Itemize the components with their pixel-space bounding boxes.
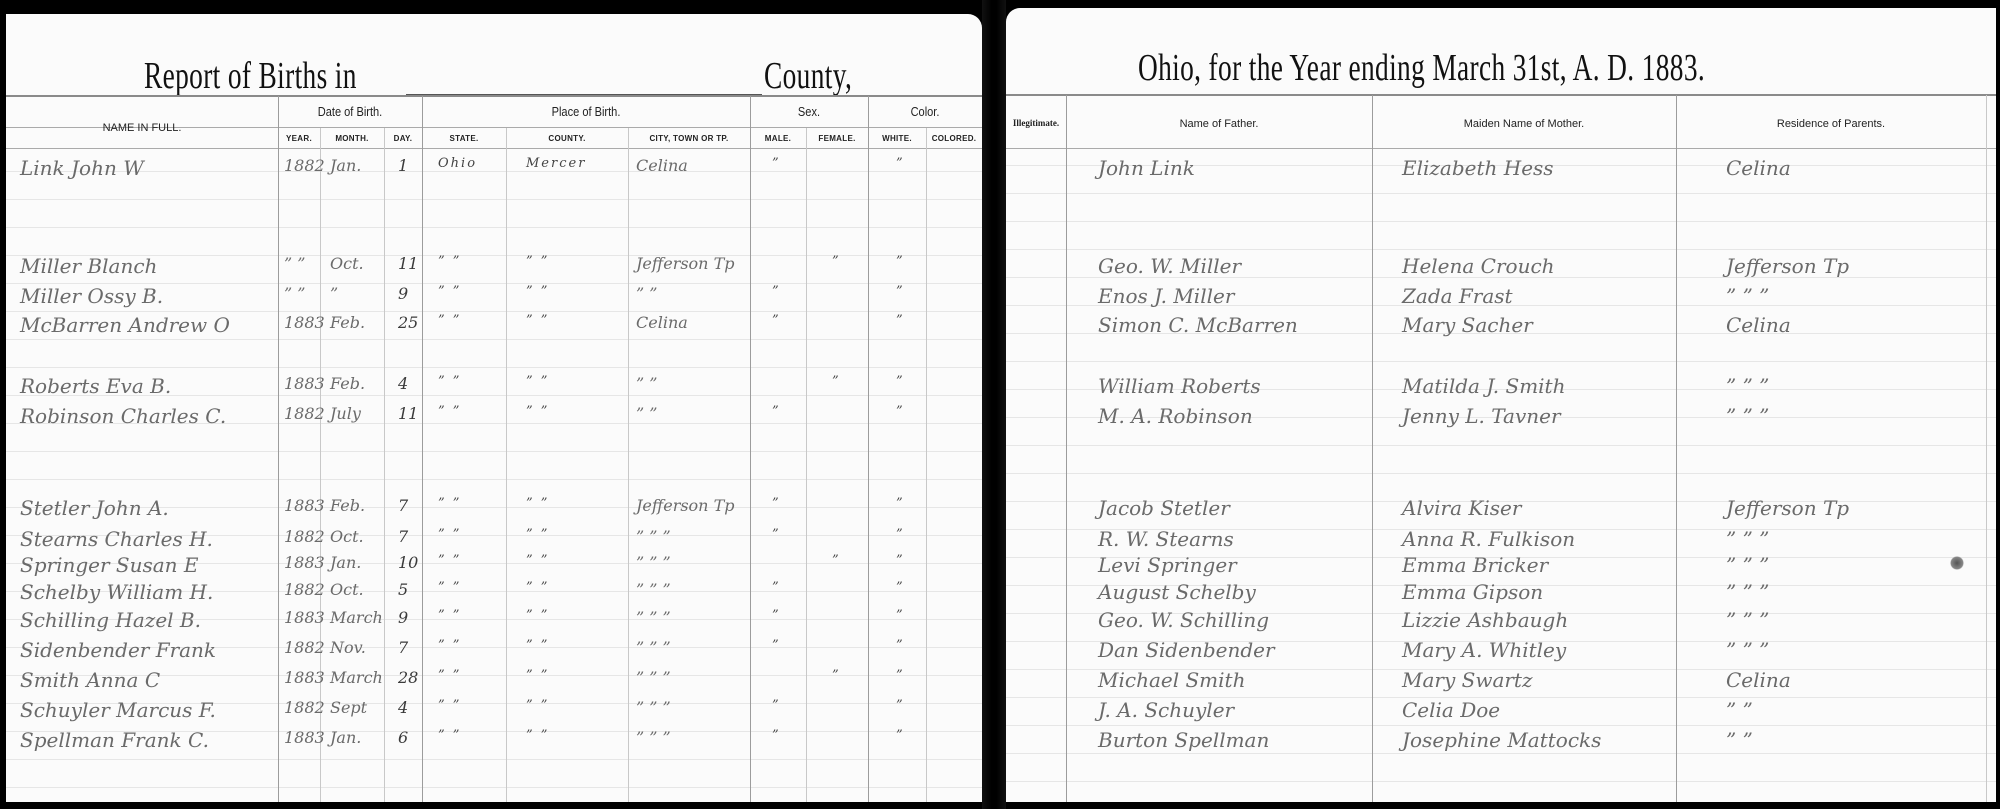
record-name: Schilling Hazel B. xyxy=(20,608,201,632)
header-male: MALE. xyxy=(750,134,806,143)
record-father: R. W. Stearns xyxy=(1098,527,1234,551)
record-month: ” xyxy=(330,284,338,303)
record-city: ” ” xyxy=(636,374,657,393)
record-county: ” ” xyxy=(526,284,549,299)
record-female: ” xyxy=(832,254,841,269)
header-date-of-birth: Date of Birth. xyxy=(289,104,411,119)
header-day: DAY. xyxy=(384,134,422,143)
record-day: 1 xyxy=(398,156,408,175)
record-name: Smith Anna C xyxy=(20,668,160,692)
record-mother: Josephine Mattocks xyxy=(1402,728,1601,752)
record-month: Sept xyxy=(330,698,367,717)
record-residence: Jefferson Tp xyxy=(1726,254,1849,278)
header-white: WHITE. xyxy=(868,134,926,143)
record-county: ” ” xyxy=(526,254,549,269)
record-residence: ” ” xyxy=(1726,728,1753,752)
record-white: ” xyxy=(896,374,905,389)
header-residence: Residence of Parents. xyxy=(1676,118,1986,130)
record-year: 1882 xyxy=(284,156,325,175)
record-white: ” xyxy=(896,156,905,171)
record-year: 1882 xyxy=(284,580,325,599)
header-sex: Sex. xyxy=(759,104,859,119)
record-white: ” xyxy=(896,404,905,419)
record-white: ” xyxy=(896,728,905,743)
col-divider xyxy=(1066,95,1067,802)
record-city: ” ” xyxy=(636,404,657,423)
record-day: 25 xyxy=(398,313,418,332)
record-year: 1883 xyxy=(284,728,325,747)
record-residence: ” ” ” xyxy=(1726,638,1769,662)
record-mother: Alvira Kiser xyxy=(1402,496,1521,520)
record-male: ” xyxy=(772,580,781,595)
record-city: ” ” ” xyxy=(636,527,671,546)
record-county: ” ” xyxy=(526,313,549,328)
header-bottom-rule xyxy=(1006,148,1996,149)
record-county: ” ” xyxy=(526,580,549,595)
record-city: ” ” ” xyxy=(636,608,671,627)
col-divider xyxy=(1372,95,1373,802)
record-year: 1882 xyxy=(284,527,325,546)
record-residence: ” ” ” xyxy=(1726,284,1769,308)
header-bottom-rule xyxy=(6,148,982,149)
record-name: McBarren Andrew O xyxy=(20,313,230,337)
record-city: ” ” ” xyxy=(636,638,671,657)
header-county: COUNTY. xyxy=(506,134,628,143)
record-white: ” xyxy=(896,553,905,568)
record-month: Jan. xyxy=(330,156,361,175)
record-state: ” ” xyxy=(438,580,461,595)
record-father: William Roberts xyxy=(1098,374,1261,398)
col-divider xyxy=(628,128,629,802)
record-county: Mercer xyxy=(526,156,586,171)
record-month: Oct. xyxy=(330,254,364,273)
record-month: Jan. xyxy=(330,553,361,572)
record-state: ” ” xyxy=(438,608,461,623)
record-residence: Celina xyxy=(1726,156,1791,180)
record-county: ” ” xyxy=(526,527,549,542)
record-day: 6 xyxy=(398,728,408,747)
record-male: ” xyxy=(772,698,781,713)
record-county: ” ” xyxy=(526,608,549,623)
col-divider xyxy=(384,128,385,802)
record-male: ” xyxy=(772,404,781,419)
record-mother: Anna R. Fulkison xyxy=(1402,527,1575,551)
ink-stain xyxy=(1950,556,1964,570)
record-white: ” xyxy=(896,527,905,542)
record-month: July xyxy=(330,404,361,423)
record-name: Spellman Frank C. xyxy=(20,728,209,752)
record-day: 7 xyxy=(398,638,408,657)
record-month: March xyxy=(330,668,383,687)
record-county: ” ” xyxy=(526,496,549,511)
record-month: Jan. xyxy=(330,728,361,747)
record-name: Robinson Charles C. xyxy=(20,404,226,428)
record-residence: ” ” ” xyxy=(1726,374,1769,398)
record-day: 9 xyxy=(398,608,408,627)
record-father: Geo. W. Schilling xyxy=(1098,608,1269,632)
record-white: ” xyxy=(896,668,905,683)
col-divider xyxy=(278,96,279,802)
col-divider xyxy=(422,96,423,802)
record-white: ” xyxy=(896,608,905,623)
record-mother: Elizabeth Hess xyxy=(1402,156,1554,180)
record-city: Celina xyxy=(636,313,688,332)
header-female: FEMALE. xyxy=(806,134,868,143)
record-name: Roberts Eva B. xyxy=(20,374,171,398)
record-state: ” ” xyxy=(438,553,461,568)
record-residence: Celina xyxy=(1726,313,1791,337)
record-city: ” ” ” xyxy=(636,728,671,747)
record-day: 7 xyxy=(398,527,408,546)
record-year: 1883 xyxy=(284,608,325,627)
record-residence: Jefferson Tp xyxy=(1726,496,1849,520)
record-mother: Jenny L. Tavner xyxy=(1402,404,1561,428)
col-divider xyxy=(506,128,507,802)
county-label: County, xyxy=(764,54,852,98)
record-male: ” xyxy=(772,608,781,623)
header-color: Color. xyxy=(877,104,974,119)
record-mother: Mary Sacher xyxy=(1402,313,1533,337)
record-day: 9 xyxy=(398,284,408,303)
record-city: ” ” ” xyxy=(636,668,671,687)
col-divider xyxy=(1676,95,1677,802)
right-page: Ohio, for the Year ending March 31st, A.… xyxy=(1006,8,1996,802)
record-residence: ” ” ” xyxy=(1726,580,1769,604)
col-divider xyxy=(1986,95,1987,802)
record-day: 5 xyxy=(398,580,408,599)
record-month: Oct. xyxy=(330,580,364,599)
record-residence: Celina xyxy=(1726,668,1791,692)
record-state: ” ” xyxy=(438,284,461,299)
record-county: ” ” xyxy=(526,553,549,568)
record-year: ” ” xyxy=(284,254,305,273)
record-mother: Matilda J. Smith xyxy=(1402,374,1565,398)
record-day: 11 xyxy=(398,404,418,423)
header-colored: COLORED. xyxy=(926,134,982,143)
record-month: Feb. xyxy=(330,496,365,515)
record-month: Oct. xyxy=(330,527,364,546)
record-city: Jefferson Tp xyxy=(636,496,734,515)
col-divider xyxy=(868,96,869,802)
record-mother: Celia Doe xyxy=(1402,698,1500,722)
record-state: ” ” xyxy=(438,668,461,683)
record-mother: Lizzie Ashbaugh xyxy=(1402,608,1568,632)
record-white: ” xyxy=(896,580,905,595)
report-title-continued: Ohio, for the Year ending March 31st, A.… xyxy=(1138,46,1705,90)
record-name: Miller Ossy B. xyxy=(20,284,163,308)
record-female: ” xyxy=(832,374,841,389)
header-illegitimate: Illegitimate. xyxy=(1006,118,1066,128)
record-county: ” ” xyxy=(526,638,549,653)
record-state: ” ” xyxy=(438,313,461,328)
record-white: ” xyxy=(896,313,905,328)
record-city: ” ” ” xyxy=(636,580,671,599)
record-residence: ” ” ” xyxy=(1726,553,1769,577)
record-state: ” ” xyxy=(438,254,461,269)
header-father: Name of Father. xyxy=(1066,118,1372,130)
record-name: Springer Susan E xyxy=(20,553,199,577)
record-father: Burton Spellman xyxy=(1098,728,1269,752)
record-state: ” ” xyxy=(438,404,461,419)
header-city: CITY, TOWN OR TP. xyxy=(628,134,750,143)
record-father: Dan Sidenbender xyxy=(1098,638,1275,662)
record-month: March xyxy=(330,608,383,627)
record-father: Simon C. McBarren xyxy=(1098,313,1298,337)
record-male: ” xyxy=(772,527,781,542)
record-state: ” ” xyxy=(438,496,461,511)
record-male: ” xyxy=(772,728,781,743)
record-month: Feb. xyxy=(330,374,365,393)
record-state: ” ” xyxy=(438,527,461,542)
record-day: 4 xyxy=(398,698,408,717)
header-month: MONTH. xyxy=(320,134,384,143)
record-father: Jacob Stetler xyxy=(1098,496,1230,520)
record-day: 28 xyxy=(398,668,418,687)
record-year: 1882 xyxy=(284,698,325,717)
header-year: YEAR. xyxy=(278,134,320,143)
header-state: STATE. xyxy=(422,134,506,143)
record-name: Miller Blanch xyxy=(20,254,157,278)
record-state: ” ” xyxy=(438,698,461,713)
record-city: ” ” ” xyxy=(636,553,671,572)
record-male: ” xyxy=(772,496,781,511)
record-father: Enos J. Miller xyxy=(1098,284,1234,308)
record-day: 4 xyxy=(398,374,408,393)
record-female: ” xyxy=(832,668,841,683)
record-year: 1883 xyxy=(284,668,325,687)
record-month: Feb. xyxy=(330,313,365,332)
record-year: 1882 xyxy=(284,638,325,657)
record-father: Michael Smith xyxy=(1098,668,1245,692)
record-residence: ” ” xyxy=(1726,698,1753,722)
record-state: ” ” xyxy=(438,374,461,389)
record-male: ” xyxy=(772,156,781,171)
header-mother: Maiden Name of Mother. xyxy=(1372,118,1676,130)
record-name: Schuyler Marcus F. xyxy=(20,698,216,722)
record-county: ” ” xyxy=(526,698,549,713)
record-white: ” xyxy=(896,698,905,713)
record-city: ” ” ” xyxy=(636,698,671,717)
record-year: ” ” xyxy=(284,284,305,303)
record-day: 10 xyxy=(398,553,418,572)
record-name: Schelby William H. xyxy=(20,580,213,604)
record-year: 1883 xyxy=(284,374,325,393)
record-name: Link John W xyxy=(20,156,144,180)
record-year: 1883 xyxy=(284,553,325,572)
record-city: Jefferson Tp xyxy=(636,254,734,273)
record-father: Levi Springer xyxy=(1098,553,1237,577)
record-year: 1882 xyxy=(284,404,325,423)
record-year: 1883 xyxy=(284,496,325,515)
record-residence: ” ” ” xyxy=(1726,404,1769,428)
header-top-rule xyxy=(1006,94,1996,96)
book-gutter xyxy=(982,0,1006,809)
record-father: August Schelby xyxy=(1098,580,1256,604)
header-name-in-full: NAME IN FULL. xyxy=(6,122,278,134)
record-mother: Zada Frast xyxy=(1402,284,1513,308)
col-divider xyxy=(750,96,751,802)
record-white: ” xyxy=(896,284,905,299)
record-name: Stearns Charles H. xyxy=(20,527,213,551)
record-city: ” ” xyxy=(636,284,657,303)
record-name: Stetler John A. xyxy=(20,496,169,520)
record-month: Nov. xyxy=(330,638,366,657)
record-residence: ” ” ” xyxy=(1726,608,1769,632)
col-divider xyxy=(806,128,807,802)
record-state: Ohio xyxy=(438,156,477,171)
header-place-of-birth: Place of Birth. xyxy=(447,104,726,119)
record-county: ” ” xyxy=(526,668,549,683)
record-county: ” ” xyxy=(526,404,549,419)
record-white: ” xyxy=(896,254,905,269)
record-mother: Mary Swartz xyxy=(1402,668,1533,692)
record-white: ” xyxy=(896,638,905,653)
record-mother: Helena Crouch xyxy=(1402,254,1555,278)
record-county: ” ” xyxy=(526,374,549,389)
record-year: 1883 xyxy=(284,313,325,332)
record-state: ” ” xyxy=(438,728,461,743)
record-residence: ” ” ” xyxy=(1726,527,1769,551)
header-top-rule xyxy=(6,95,982,97)
record-mother: Emma Bricker xyxy=(1402,553,1548,577)
record-father: John Link xyxy=(1098,156,1195,180)
record-male: ” xyxy=(772,284,781,299)
record-father: M. A. Robinson xyxy=(1098,404,1253,428)
record-mother: Emma Gipson xyxy=(1402,580,1543,604)
record-day: 7 xyxy=(398,496,408,515)
record-white: ” xyxy=(896,496,905,511)
report-title: Report of Births in xyxy=(144,54,357,98)
record-state: ” ” xyxy=(438,638,461,653)
record-father: Geo. W. Miller xyxy=(1098,254,1241,278)
record-male: ” xyxy=(772,313,781,328)
record-city: Celina xyxy=(636,156,688,175)
record-county: ” ” xyxy=(526,728,549,743)
record-female: ” xyxy=(832,553,841,568)
record-day: 11 xyxy=(398,254,418,273)
record-mother: Mary A. Whitley xyxy=(1402,638,1566,662)
col-divider xyxy=(926,128,927,802)
record-male: ” xyxy=(772,638,781,653)
left-page: Report of Births in County, NAME IN FULL… xyxy=(6,14,982,802)
record-name: Sidenbender Frank xyxy=(20,638,216,662)
record-father: J. A. Schuyler xyxy=(1098,698,1234,722)
